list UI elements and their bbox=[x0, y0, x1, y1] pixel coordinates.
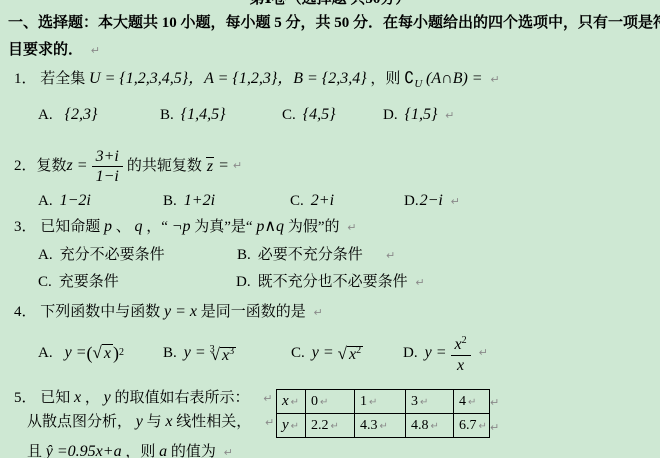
cube-root-radical: 3√x3 bbox=[210, 340, 236, 366]
section-header-text: 目要求的． bbox=[8, 42, 83, 58]
option-value: 1−2i bbox=[60, 192, 91, 209]
table-row-y: y↵ 2.2↵ 4.3↵ 4.8↵ 6.7↵ bbox=[277, 414, 490, 438]
stem-text: ， bbox=[85, 390, 100, 406]
table-cell: 6.7↵ bbox=[454, 414, 490, 438]
cell-value: 1 bbox=[360, 394, 367, 409]
question-4-options: A. y = (√x)2 B. y = 3√x3 C. y = √x2 D. y… bbox=[0, 328, 660, 378]
table-cell: 4.8↵ bbox=[406, 414, 454, 438]
option-label: C. bbox=[38, 274, 52, 290]
stem-math: p bbox=[104, 218, 112, 235]
stem-text: 已知命题 bbox=[40, 219, 104, 235]
return-mark-icon: ↵ bbox=[320, 397, 328, 408]
return-mark-icon: ↵ bbox=[291, 397, 299, 408]
table-cell-x-header: x↵ bbox=[277, 390, 306, 414]
return-mark-icon: ↵ bbox=[369, 397, 377, 408]
question-number: 3． bbox=[14, 219, 37, 235]
option-d: D.2−i ↵ bbox=[404, 191, 460, 212]
return-mark-icon: ↵ bbox=[224, 446, 233, 458]
option-a: A.充分不必要条件 bbox=[38, 245, 165, 265]
exponent: 3 bbox=[229, 346, 234, 357]
exponent: 2 bbox=[119, 343, 124, 363]
complement-symbol: ∁ bbox=[404, 68, 414, 87]
exponent: 2 bbox=[356, 345, 361, 356]
stem-text: 为假”的 bbox=[288, 219, 340, 235]
cell-value: y bbox=[282, 417, 289, 433]
return-mark-icon: ↵ bbox=[91, 44, 100, 57]
question-3-stem: 3． 已知命题 p 、 q ，“ ¬p 为真”是“ p∧q 为假”的 ↵ bbox=[14, 217, 356, 238]
table-cell-y-header: y↵ bbox=[277, 414, 306, 438]
stem-math: q bbox=[135, 218, 143, 235]
stem-text: ，“ bbox=[146, 219, 168, 235]
return-mark-icon: ↵ bbox=[347, 221, 356, 234]
option-label: D. bbox=[236, 274, 251, 290]
option-b: B. y = 3√x3 bbox=[163, 328, 236, 378]
question-number: 4． bbox=[14, 304, 37, 320]
option-a: A. y = (√x)2 bbox=[38, 328, 124, 378]
return-mark-icon: ↵ bbox=[314, 306, 323, 319]
question-number: 2． bbox=[14, 156, 37, 176]
table-cell: 2.2↵ bbox=[306, 414, 355, 438]
document-page[interactable]: 第Ⅰ卷（选择题 共50分） 一、选择题：本大题共 10 小题，每小题 5 分，共… bbox=[0, 0, 660, 458]
sqrt-radical: √x2 bbox=[338, 341, 363, 365]
return-mark-icon: ↵ bbox=[233, 156, 242, 176]
option-value: 2+i bbox=[311, 192, 334, 209]
question-2-stem: 2． 复数 z = 3+i 1−i 的共轭复数 z = ↵ bbox=[14, 143, 242, 189]
stem-math: (A∩B) = bbox=[426, 70, 483, 87]
values-table: x↵ 0↵ 1↵ 3↵ 4↵ y↵ 2.2↵ 4.3↵ 4.8↵ 6.7↵ bbox=[276, 389, 490, 438]
option-text: 充要条件 bbox=[59, 274, 119, 290]
question-1-stem: 1． 若全集 U = {1,2,3,4,5}，A = {1,2,3}，B = {… bbox=[14, 68, 500, 94]
table-row-x: x↵ 0↵ 1↵ 3↵ 4↵ bbox=[277, 390, 490, 414]
section-header-text: 一、选择题：本大题共 10 小题，每小题 5 分，共 50 分．在每小题给出的四… bbox=[8, 15, 660, 31]
table-cell: 1↵ bbox=[355, 390, 406, 414]
option-a: A.1−2i bbox=[38, 191, 91, 211]
fraction-denominator: x bbox=[451, 356, 471, 375]
return-mark-icon: ↵ bbox=[431, 421, 439, 432]
sqrt-radical: √x bbox=[93, 343, 113, 364]
clipped-page-title: 第Ⅰ卷（选择题 共50分） bbox=[0, 0, 660, 8]
return-mark-icon: ↵ bbox=[291, 421, 299, 432]
return-mark-icon: ↵ bbox=[263, 392, 272, 405]
question-5-line2: 从散点图分析， y 与 x 线性相关， ↵ bbox=[27, 412, 274, 433]
table-row2-end: ↵ bbox=[490, 417, 499, 438]
return-mark-icon: ↵ bbox=[468, 397, 476, 408]
stem-text: 的值为 bbox=[171, 444, 216, 458]
section-header-line2: 目要求的． ↵ bbox=[8, 40, 100, 61]
return-mark-icon: ↵ bbox=[386, 249, 395, 262]
fraction-numerator: x2 bbox=[451, 331, 471, 356]
stem-math: = bbox=[218, 156, 229, 176]
cell-value: 6.7 bbox=[459, 418, 477, 433]
radicand: x bbox=[102, 344, 113, 362]
stem-math: p∧q bbox=[256, 218, 284, 235]
option-value: {4,5} bbox=[303, 106, 336, 123]
option-c: C. y = √x2 bbox=[291, 328, 363, 378]
stem-text: 已知 bbox=[40, 390, 74, 406]
radicand: x2 bbox=[347, 346, 363, 363]
stem-text: 是同一函数的是 bbox=[201, 304, 306, 320]
complement-subscript: U bbox=[414, 78, 422, 90]
fraction-numerator: 3+i bbox=[92, 147, 123, 167]
return-mark-icon: ↵ bbox=[331, 421, 339, 432]
stem-math: ŷ =0.95x+a bbox=[46, 443, 122, 458]
option-text: 既不充分也不必要条件 bbox=[258, 274, 408, 290]
option-label: D. bbox=[383, 107, 398, 123]
stem-math: z = bbox=[67, 156, 88, 176]
stem-math: x bbox=[74, 389, 81, 406]
option-value: 1+2i bbox=[184, 192, 215, 209]
option-label: A. bbox=[38, 107, 53, 123]
return-mark-icon: ↵ bbox=[380, 421, 388, 432]
return-mark-icon: ↵ bbox=[490, 73, 499, 86]
cell-value: 3 bbox=[411, 394, 418, 409]
exponent: 2 bbox=[462, 335, 467, 346]
return-mark-icon: ↵ bbox=[451, 195, 460, 208]
stem-text: 的取值如右表所示： bbox=[115, 390, 250, 406]
option-label: D. bbox=[404, 193, 419, 209]
option-c: C.2+i bbox=[290, 191, 334, 211]
z-conjugate: z bbox=[206, 157, 214, 175]
option-d: D.{1,5} ↵ bbox=[383, 105, 454, 126]
row-end: ↵ bbox=[382, 245, 395, 266]
option-label: C. bbox=[290, 193, 304, 209]
cell-value: 4 bbox=[459, 394, 466, 409]
table-cell: 4.3↵ bbox=[355, 414, 406, 438]
option-d: D. y = x2 x ↵ bbox=[403, 328, 488, 378]
stem-math: U = {1,2,3,4,5}，A = {1,2,3}，B = {2,3,4} bbox=[89, 70, 367, 87]
numerator-var: x bbox=[455, 336, 462, 353]
fraction: 3+i 1−i bbox=[92, 147, 123, 186]
question-5-line1: 5． 已知 x ， y 的取值如右表所示： ↵ bbox=[14, 388, 273, 409]
table-row1-end: ↵ bbox=[490, 392, 499, 413]
option-equation: y = bbox=[184, 343, 206, 363]
option-d: D.既不充分也不必要条件 ↵ bbox=[236, 272, 425, 293]
stem-text: 为真”是“ bbox=[194, 219, 252, 235]
stem-text: 线性相关， bbox=[176, 414, 251, 430]
stem-text: 从散点图分析， bbox=[27, 414, 132, 430]
return-mark-icon: ↵ bbox=[490, 396, 499, 409]
stem-text: 下列函数中与函数 bbox=[40, 304, 164, 320]
option-value: {1,4,5} bbox=[181, 106, 226, 123]
option-c: C.充要条件 bbox=[38, 272, 119, 292]
stem-text: 复数 bbox=[37, 156, 67, 176]
option-label: B. bbox=[160, 107, 174, 123]
option-value: {2,3} bbox=[65, 106, 98, 123]
option-a: A.{2,3} bbox=[38, 105, 97, 125]
option-b: B.{1,4,5} bbox=[160, 105, 226, 125]
stem-text: 若全集 bbox=[40, 71, 89, 87]
option-b: B.1+2i bbox=[163, 191, 215, 211]
stem-math: y = x bbox=[164, 303, 197, 320]
fraction: x2 x bbox=[451, 331, 471, 375]
option-equation: y = bbox=[425, 343, 447, 363]
cell-value: 4.3 bbox=[360, 418, 378, 433]
stem-math: a bbox=[159, 443, 167, 458]
option-equation: y = bbox=[312, 343, 334, 363]
option-label: D. bbox=[403, 343, 418, 363]
return-mark-icon: ↵ bbox=[420, 397, 428, 408]
question-number: 1． bbox=[14, 71, 37, 87]
return-mark-icon: ↵ bbox=[490, 421, 499, 434]
stem-math: y bbox=[136, 413, 143, 430]
radical-sign: √ bbox=[338, 344, 347, 363]
option-equation: y = bbox=[65, 343, 87, 363]
option-label: C. bbox=[282, 107, 296, 123]
question-number: 5． bbox=[14, 390, 37, 406]
cell-value: 2.2 bbox=[311, 418, 329, 433]
radical-sign: √ bbox=[93, 343, 102, 362]
option-value: {1,5} bbox=[405, 106, 438, 123]
stem-math: ¬p bbox=[172, 218, 191, 235]
stem-text: 、 bbox=[116, 219, 131, 235]
stem-text: 与 bbox=[147, 414, 166, 430]
table-cell: 0↵ bbox=[306, 390, 355, 414]
table-cell: 4↵ bbox=[454, 390, 490, 414]
cell-value: x bbox=[282, 393, 289, 409]
root-index: 3 bbox=[210, 344, 215, 355]
question-4-stem: 4． 下列函数中与函数 y = x 是同一函数的是 ↵ bbox=[14, 302, 323, 323]
option-label: C. bbox=[291, 343, 305, 363]
option-label: A. bbox=[38, 193, 53, 209]
return-mark-icon: ↵ bbox=[265, 416, 274, 429]
option-value: 2−i bbox=[420, 192, 443, 209]
return-mark-icon: ↵ bbox=[445, 109, 454, 122]
option-label: B. bbox=[163, 343, 177, 363]
question-5-line3: 且 ŷ =0.95x+a ，则 a 的值为 ↵ bbox=[27, 442, 233, 458]
radicand: x3 bbox=[220, 347, 236, 364]
return-mark-icon: ↵ bbox=[479, 343, 488, 363]
option-text: 必要不充分条件 bbox=[258, 247, 363, 263]
stem-text: ，则 bbox=[125, 444, 159, 458]
stem-text: ，则 bbox=[370, 71, 400, 87]
option-c: C.{4,5} bbox=[282, 105, 336, 125]
section-header-line1: 一、选择题：本大题共 10 小题，每小题 5 分，共 50 分．在每小题给出的四… bbox=[8, 13, 660, 33]
option-label: A. bbox=[38, 247, 53, 263]
cell-value: 0 bbox=[311, 394, 318, 409]
stem-math: x bbox=[165, 413, 172, 430]
option-b: B.必要不充分条件 bbox=[237, 245, 363, 265]
option-label: B. bbox=[237, 247, 251, 263]
stem-text: 且 bbox=[27, 444, 46, 458]
stem-math: y bbox=[104, 389, 111, 406]
table-cell: 3↵ bbox=[406, 390, 454, 414]
return-mark-icon: ↵ bbox=[415, 276, 424, 289]
option-label: B. bbox=[163, 193, 177, 209]
stem-text: 的共轭复数 bbox=[127, 156, 202, 176]
fraction-denominator: 1−i bbox=[92, 167, 123, 186]
option-text: 充分不必要条件 bbox=[60, 247, 165, 263]
cell-value: 4.8 bbox=[411, 418, 429, 433]
option-label: A. bbox=[38, 343, 53, 363]
return-mark-icon: ↵ bbox=[479, 421, 487, 432]
